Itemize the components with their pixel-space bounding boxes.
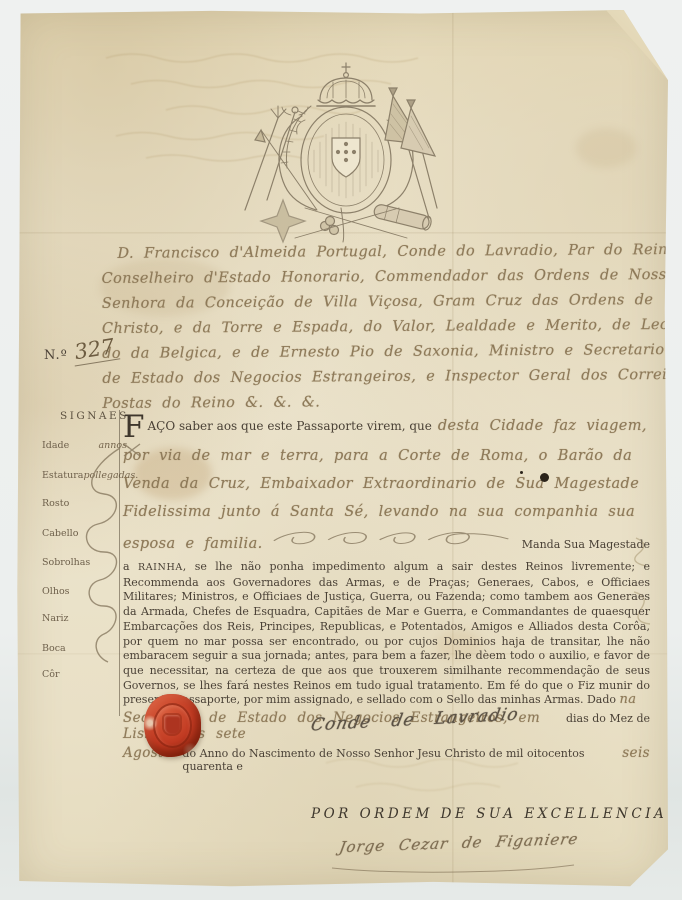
- field-label: Olhos: [42, 586, 70, 597]
- field-idade: Idadeannos.: [42, 440, 130, 451]
- field-boca: Boca: [42, 643, 130, 654]
- number-label: N.º: [44, 348, 68, 363]
- date-printed-2: do Anno do Nascimento de Nosso Senhor Je…: [182, 747, 612, 773]
- column-divider-rule: [119, 410, 120, 716]
- preamble-line: Conselheiro d'Estado Honorario, Commenda…: [102, 263, 654, 292]
- signature-underline-flourish: [328, 862, 578, 876]
- preamble-handwritten-text: D. Francisco d'Almeida Portugal, Conde d…: [101, 238, 654, 417]
- date-line-2: Agosto do Anno do Nascimento de Nosso Se…: [123, 745, 650, 773]
- ink-blot-small: [520, 471, 523, 474]
- year-handwritten-fill: seis: [622, 745, 650, 761]
- paragraph-rest: , se lhe não ponha impedimento algum a s…: [123, 560, 650, 706]
- field-estatura: Estaturapollegadas.: [42, 470, 130, 481]
- field-label: Rosto: [42, 498, 69, 509]
- dropcap-F: F: [123, 414, 145, 440]
- preamble-line: do da Belgica, e de Ernesto Pio de Saxon…: [102, 338, 654, 367]
- opening-printed-text: AÇO saber aos que este Passaporte virem,…: [148, 419, 432, 433]
- preamble-line: D. Francisco d'Almeida Portugal, Conde d…: [101, 238, 653, 267]
- age-stain: [576, 128, 636, 168]
- opening-line: FAÇO saber aos que este Passaporte virem…: [123, 414, 650, 438]
- royal-coat-of-arms: [221, 58, 471, 248]
- field-label: Estatura: [42, 470, 83, 481]
- field-label: Cabello: [42, 528, 78, 539]
- printed-paragraph: a Rainha, se lhe não ponha impedimento a…: [123, 560, 650, 708]
- document-number: N.º 327: [44, 340, 119, 366]
- preamble-line: Senhora da Conceição de Villa Viçosa, Gr…: [102, 288, 654, 317]
- fill-line-last: esposa e familia. Manda Sua Magestade: [123, 528, 650, 554]
- field-cor: Côr: [42, 669, 130, 680]
- field-sobrolhas: Sobrolhas: [42, 557, 130, 568]
- number-value: 327: [71, 334, 121, 367]
- photo-backdrop: D. Francisco d'Almeida Portugal, Conde d…: [0, 0, 682, 900]
- opening-handwritten-fill: desta Cidade faz viagem,: [438, 418, 647, 434]
- signature-jorge-cezar-de-figaniere: Jorge Cezar de Figaniere: [332, 830, 585, 857]
- fill-line: por via de mar e terra, para a Corte de …: [123, 442, 650, 470]
- fill-line: Fidelissima junto á Santa Sé, levando na…: [123, 498, 650, 526]
- field-label: Boca: [42, 643, 66, 654]
- date-printed-1: dias do Mez de: [566, 712, 650, 725]
- preamble-line: de Estado dos Negocios Estrangeiros, e I…: [102, 363, 654, 392]
- ink-blot-large: [540, 473, 549, 482]
- por-ordem-heading: POR ORDEM DE SUA EXCELLENCIA.: [311, 806, 646, 822]
- paragraph-start: a: [123, 560, 138, 573]
- manda-text: Manda Sua Magestade: [522, 538, 650, 551]
- fill-line-text: esposa e familia.: [123, 536, 263, 552]
- dado-handwritten-fill: na: [620, 692, 637, 707]
- handwritten-fill-lines: por via de mar e terra, para a Corte de …: [123, 442, 650, 526]
- folded-corner: [606, 10, 668, 80]
- field-cabello: Cabello: [42, 528, 130, 539]
- rainha-smallcaps: Rainha: [138, 562, 183, 573]
- field-label: Idade: [42, 440, 69, 451]
- pen-flourish: [271, 528, 514, 548]
- field-label: Nariz: [42, 613, 69, 624]
- field-rosto: Rosto: [42, 498, 130, 509]
- red-wax-seal: [144, 694, 201, 757]
- field-olhos: Olhos: [42, 586, 130, 597]
- preamble-line: Postas do Reino &. &. &.: [102, 388, 654, 417]
- field-label: Côr: [42, 669, 60, 680]
- field-label: Sobrolhas: [42, 557, 90, 568]
- preamble-line: Christo, e da Torre e Espada, do Valor, …: [102, 313, 654, 342]
- field-nariz: Nariz: [42, 613, 130, 624]
- fill-line: Venda da Cruz, Embaixador Extraordinario…: [123, 470, 650, 498]
- passport-document-sheet: D. Francisco d'Almeida Portugal, Conde d…: [16, 10, 668, 888]
